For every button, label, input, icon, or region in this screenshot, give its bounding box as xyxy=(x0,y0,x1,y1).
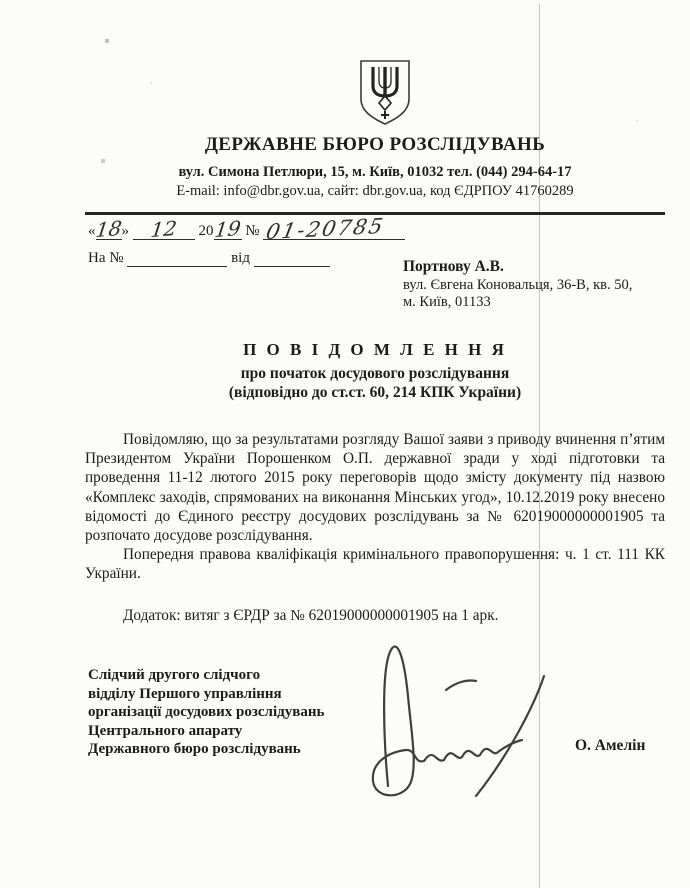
day-field: 18 xyxy=(96,220,122,240)
scanned-letter-page: ДЕРЖАВНЕ БЮРО РОЗСЛІДУВАНЬ вул. Симона П… xyxy=(0,0,690,888)
reply-label: На № xyxy=(88,250,124,266)
year-prefix: 20 xyxy=(199,223,214,239)
body-paragraph-1: Повідомляю, що за результатами розгляду … xyxy=(85,430,665,545)
document-title: П О В І Д О М Л Е Н Н Я xyxy=(85,340,665,360)
recipient-block: Портнову А.В. вул. Євгена Коновальця, 36… xyxy=(403,258,663,311)
ukraine-trident-shield-icon xyxy=(356,58,414,133)
reply-from-label: від xyxy=(231,250,250,266)
org-name: ДЕРЖАВНЕ БЮРО РОЗСЛІДУВАНЬ xyxy=(85,134,665,156)
reply-number-field xyxy=(127,247,227,267)
number-label: № xyxy=(245,223,259,239)
handwritten-signature-icon xyxy=(358,634,558,814)
handwritten-year: 19 xyxy=(213,219,241,240)
letter-body: Повідомляю, що за результатами розгляду … xyxy=(85,430,665,625)
document-title-block: П О В І Д О М Л Е Н Н Я про початок досу… xyxy=(85,340,665,402)
handwritten-month: 12 xyxy=(150,219,178,240)
recipient-address-line2: м. Київ, 01133 xyxy=(403,294,663,311)
scan-speckles xyxy=(0,0,2,2)
document-legal-basis: (відповідно до ст.ст. 60, 214 КПК Україн… xyxy=(85,383,665,402)
document-subtitle: про початок досудового розслідування xyxy=(85,364,665,383)
month-field: 12 xyxy=(133,220,195,240)
body-paragraph-2: Попередня правова кваліфікація криміналь… xyxy=(85,545,665,583)
signer-name: О. Амелін xyxy=(575,737,645,755)
recipient-address-line1: вул. Євгена Коновальця, 36-В, кв. 50, xyxy=(403,277,663,294)
attachment-line: Додаток: витяг з ЄРДР за № 6201900000000… xyxy=(85,606,665,625)
number-field: 01-20785 xyxy=(263,220,405,240)
recipient-name: Портнову А.В. xyxy=(403,258,663,275)
org-address: вул. Симона Петлюри, 15, м. Київ, 01032 … xyxy=(85,164,665,181)
reply-date-field xyxy=(254,247,330,267)
reference-date-line: «18» 12 2019 № 01-20785 xyxy=(88,220,405,240)
year-field: 19 xyxy=(214,220,242,240)
quote-close: » xyxy=(122,223,130,239)
handwritten-day: 18 xyxy=(94,219,122,240)
org-contacts: E-mail: info@dbr.gov.ua, сайт: dbr.gov.u… xyxy=(85,183,665,200)
handwritten-number: 01-20785 xyxy=(265,217,387,242)
reference-reply-line: На № від xyxy=(88,247,330,267)
